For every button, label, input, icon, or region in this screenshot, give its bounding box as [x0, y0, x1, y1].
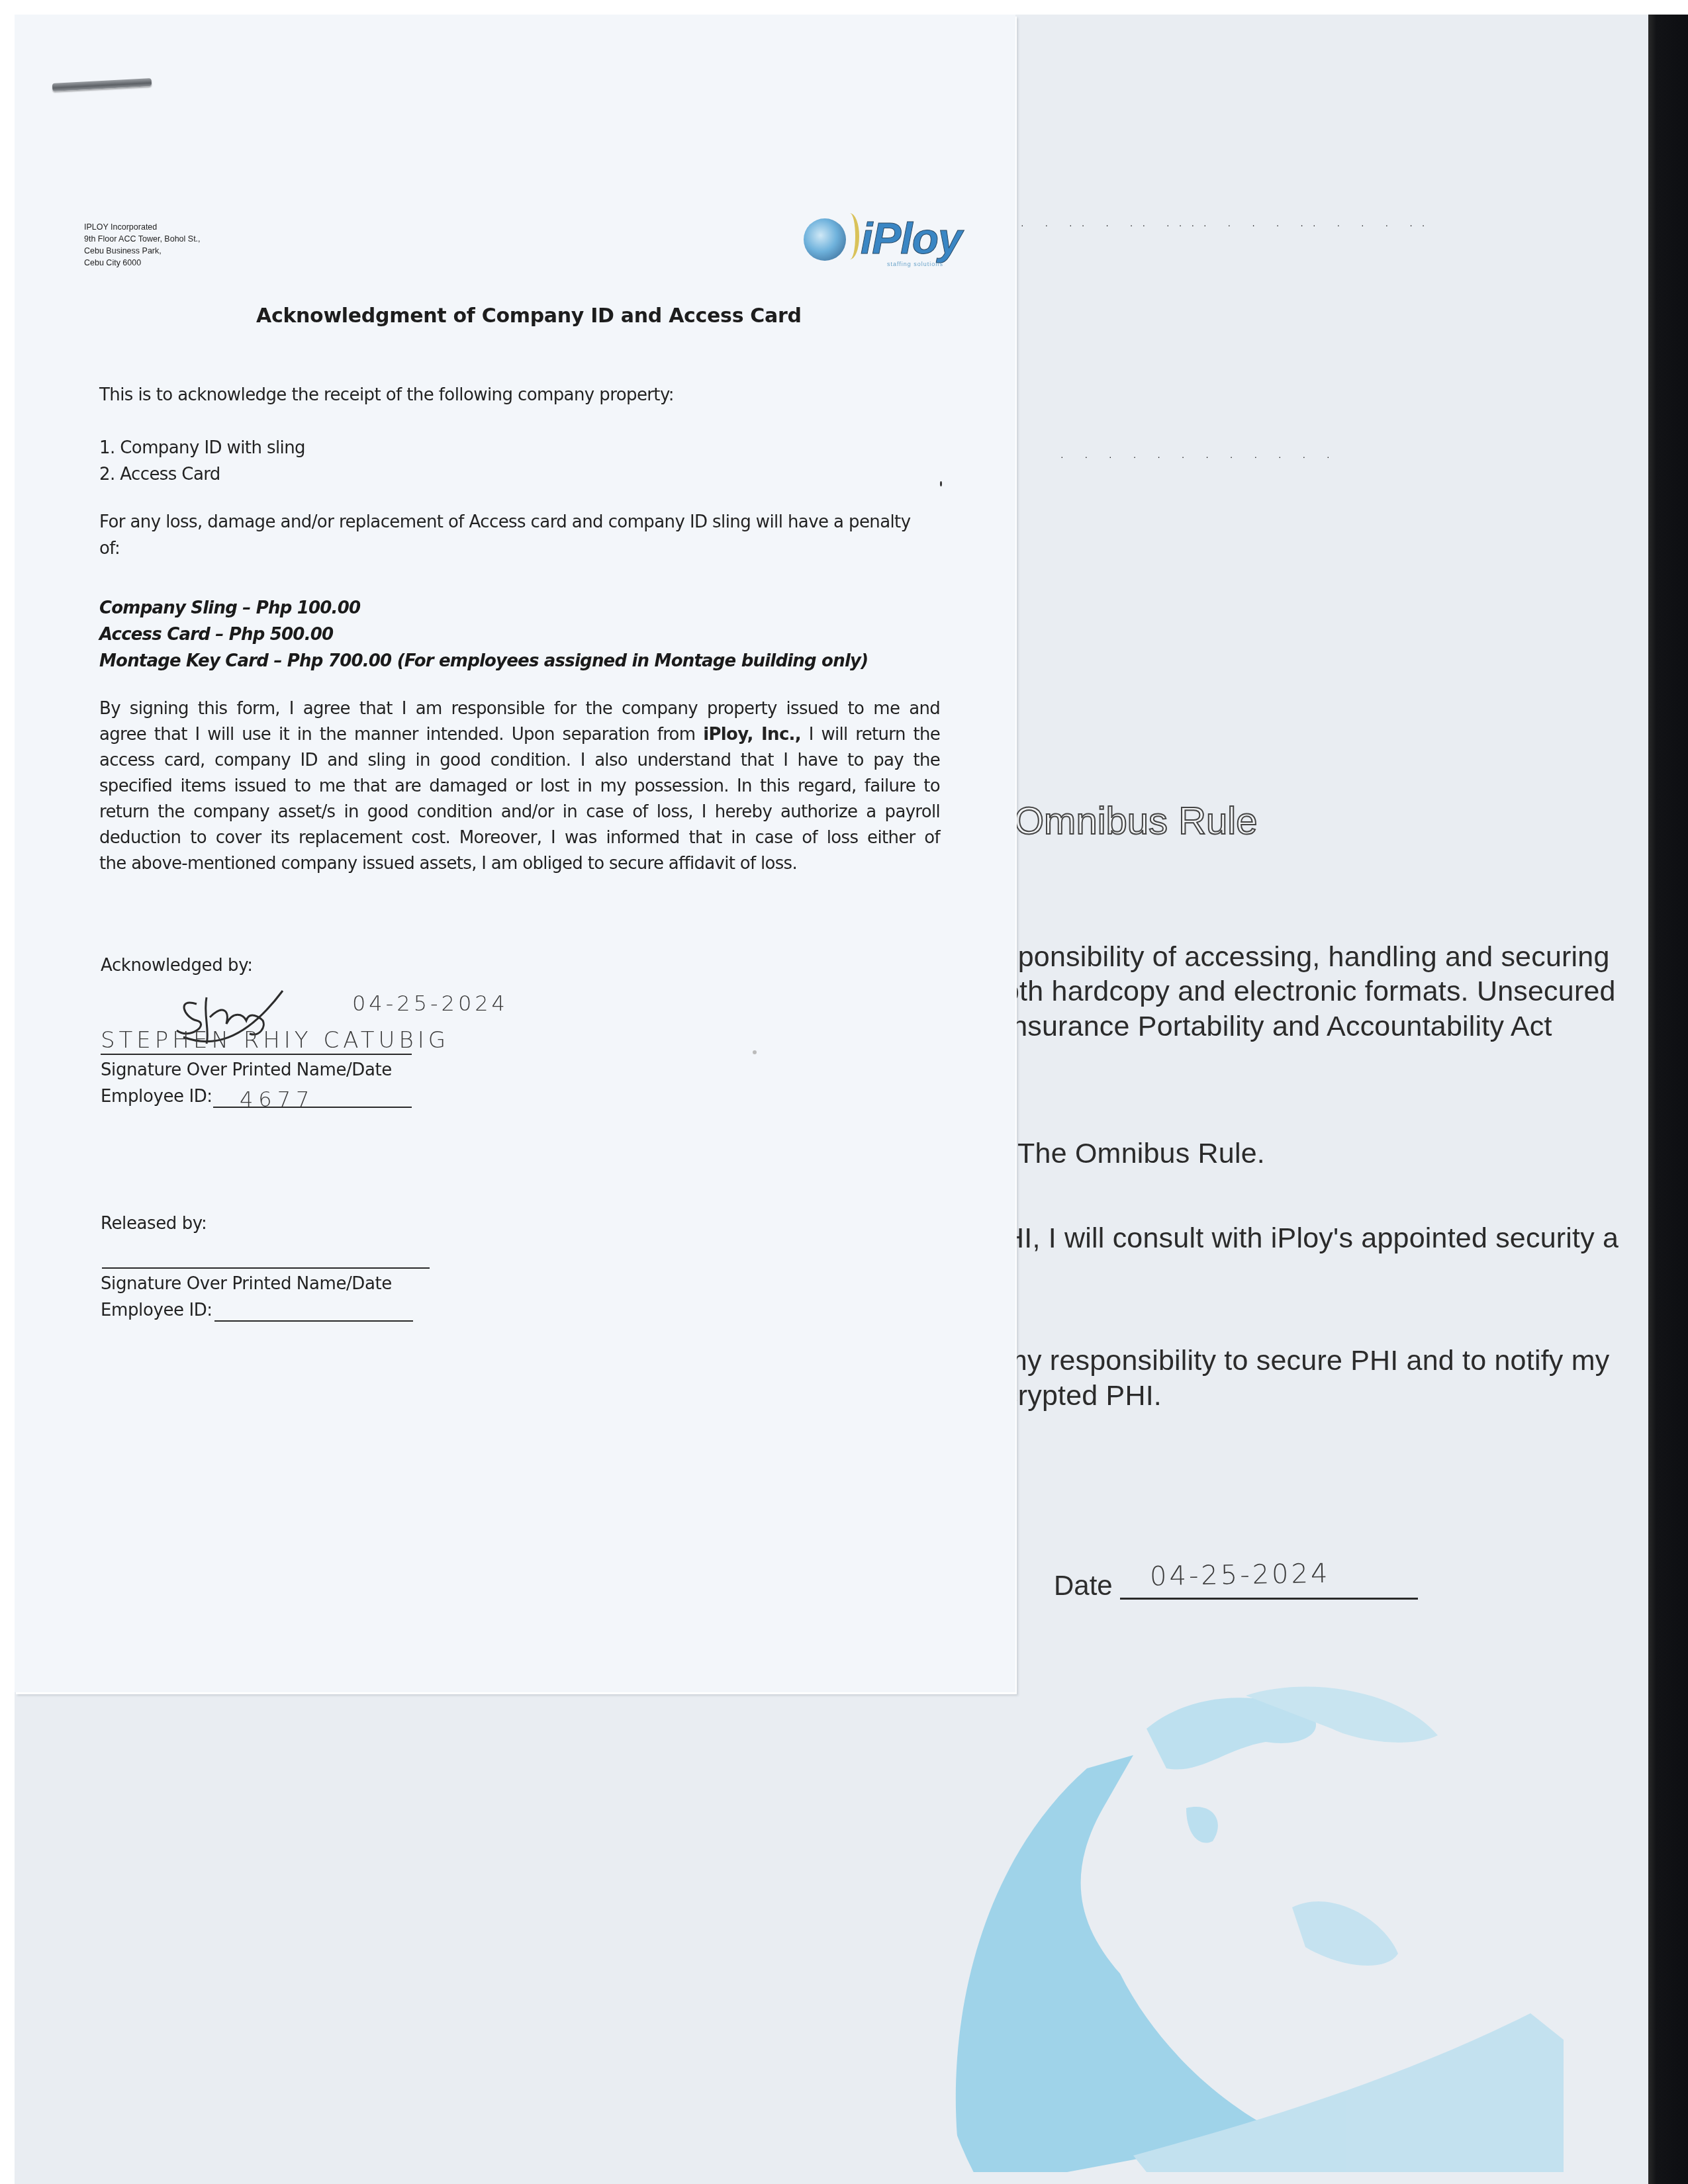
employee-id-value: 4677 — [240, 1087, 314, 1112]
faint-print-dots: · · · · · · · · · · · · — [1060, 451, 1339, 462]
staple-icon — [52, 78, 152, 91]
agreement-line: the above-mentioned company issued asset… — [99, 851, 940, 877]
signature-caption: Signature Over Printed Name/Date — [101, 1060, 392, 1080]
date-label: Date — [1054, 1570, 1113, 1602]
property-item: 2. Access Card — [99, 465, 220, 484]
penalty-item: Montage Key Card – Php 700.00 (For emplo… — [99, 651, 868, 671]
acknowledgment-form: IPLOY Incorporated 9th Floor ACC Tower, … — [15, 15, 1015, 1692]
underlying-heading: Omnibus Rule — [1014, 799, 1257, 843]
page-title: Acknowledgment of Company ID and Access … — [256, 304, 802, 328]
penalty-intro: For any loss, damage and/or replacement … — [99, 512, 911, 532]
underlying-line: HI, I will consult with iPloy's appointe… — [1004, 1222, 1618, 1255]
company-address: IPLOY Incorporated 9th Floor ACC Tower, … — [84, 221, 201, 269]
acknowledged-by-label: Acknowledged by: — [101, 956, 253, 976]
underlying-line: sponsibility of accessing, handling and … — [1004, 941, 1610, 974]
penalty-item: Access Card – Php 500.00 — [99, 625, 333, 645]
underlying-line: l The Omnibus Rule. — [1004, 1138, 1265, 1170]
property-item: 1. Company ID with sling — [99, 438, 305, 458]
address-line: Cebu City 6000 — [84, 257, 201, 269]
underlying-line: my responsibility to secure PHI and to n… — [1004, 1345, 1609, 1377]
signature-line — [102, 1267, 430, 1269]
underlying-line: crypted PHI. — [1004, 1380, 1162, 1412]
underlying-line: oth hardcopy and electronic formats. Uns… — [1004, 976, 1616, 1008]
faint-print-dots: · · ·· · ·· ···· · · · ·· · · · ·· — [1021, 220, 1434, 230]
company-name-bold: iPloy, Inc., — [703, 725, 801, 745]
signature-caption: Signature Over Printed Name/Date — [101, 1274, 392, 1294]
address-line: Cebu Business Park, — [84, 245, 201, 257]
speck — [940, 481, 942, 486]
globe-watermark-icon — [935, 1669, 1564, 2172]
agreement-line: By signing this form, I agree that I am … — [99, 696, 940, 722]
globe-icon — [804, 218, 846, 261]
employee-id-label: Employee ID: — [101, 1087, 212, 1107]
scanner-edge — [1648, 15, 1688, 2184]
intro-text: This is to acknowledge the receipt of th… — [99, 385, 674, 405]
underlying-line: Insurance Portability and Accountability… — [1004, 1011, 1552, 1043]
employee-id-line — [214, 1320, 413, 1322]
released-by-label: Released by: — [101, 1214, 207, 1234]
penalty-intro: of: — [99, 539, 120, 559]
speck — [753, 1050, 757, 1054]
company-logo: iPloy staffing solutions — [789, 213, 981, 273]
agreement-line: specified items issued to me that are da… — [99, 774, 940, 799]
employee-id-label: Employee ID: — [101, 1300, 212, 1320]
swoosh-icon — [841, 213, 859, 259]
handwritten-date: 04-25-2024 — [1150, 1559, 1331, 1592]
agreement-paragraph: By signing this form, I agree that I am … — [99, 696, 940, 877]
penalty-item: Company Sling – Php 100.00 — [99, 598, 360, 618]
signature-line — [101, 1054, 412, 1055]
address-line: 9th Floor ACC Tower, Bohol St., — [84, 233, 201, 245]
acknowledged-printed-name: STEPHEN RHIY CATUBIG — [101, 1027, 449, 1054]
agreement-line: deduction to cover its replacement cost.… — [99, 825, 940, 851]
agreement-line: return the company asset/s in good condi… — [99, 799, 940, 825]
agreement-line: access card, company ID and sling in goo… — [99, 748, 940, 774]
logo-tagline: staffing solutions — [887, 261, 943, 267]
date-line — [1120, 1598, 1418, 1600]
acknowledged-date: 04-25-2024 — [352, 991, 508, 1016]
agreement-line: agree that I will use it in the manner i… — [99, 722, 940, 748]
address-line: IPLOY Incorporated — [84, 221, 201, 233]
logo-wordmark: iPloy — [861, 213, 962, 263]
